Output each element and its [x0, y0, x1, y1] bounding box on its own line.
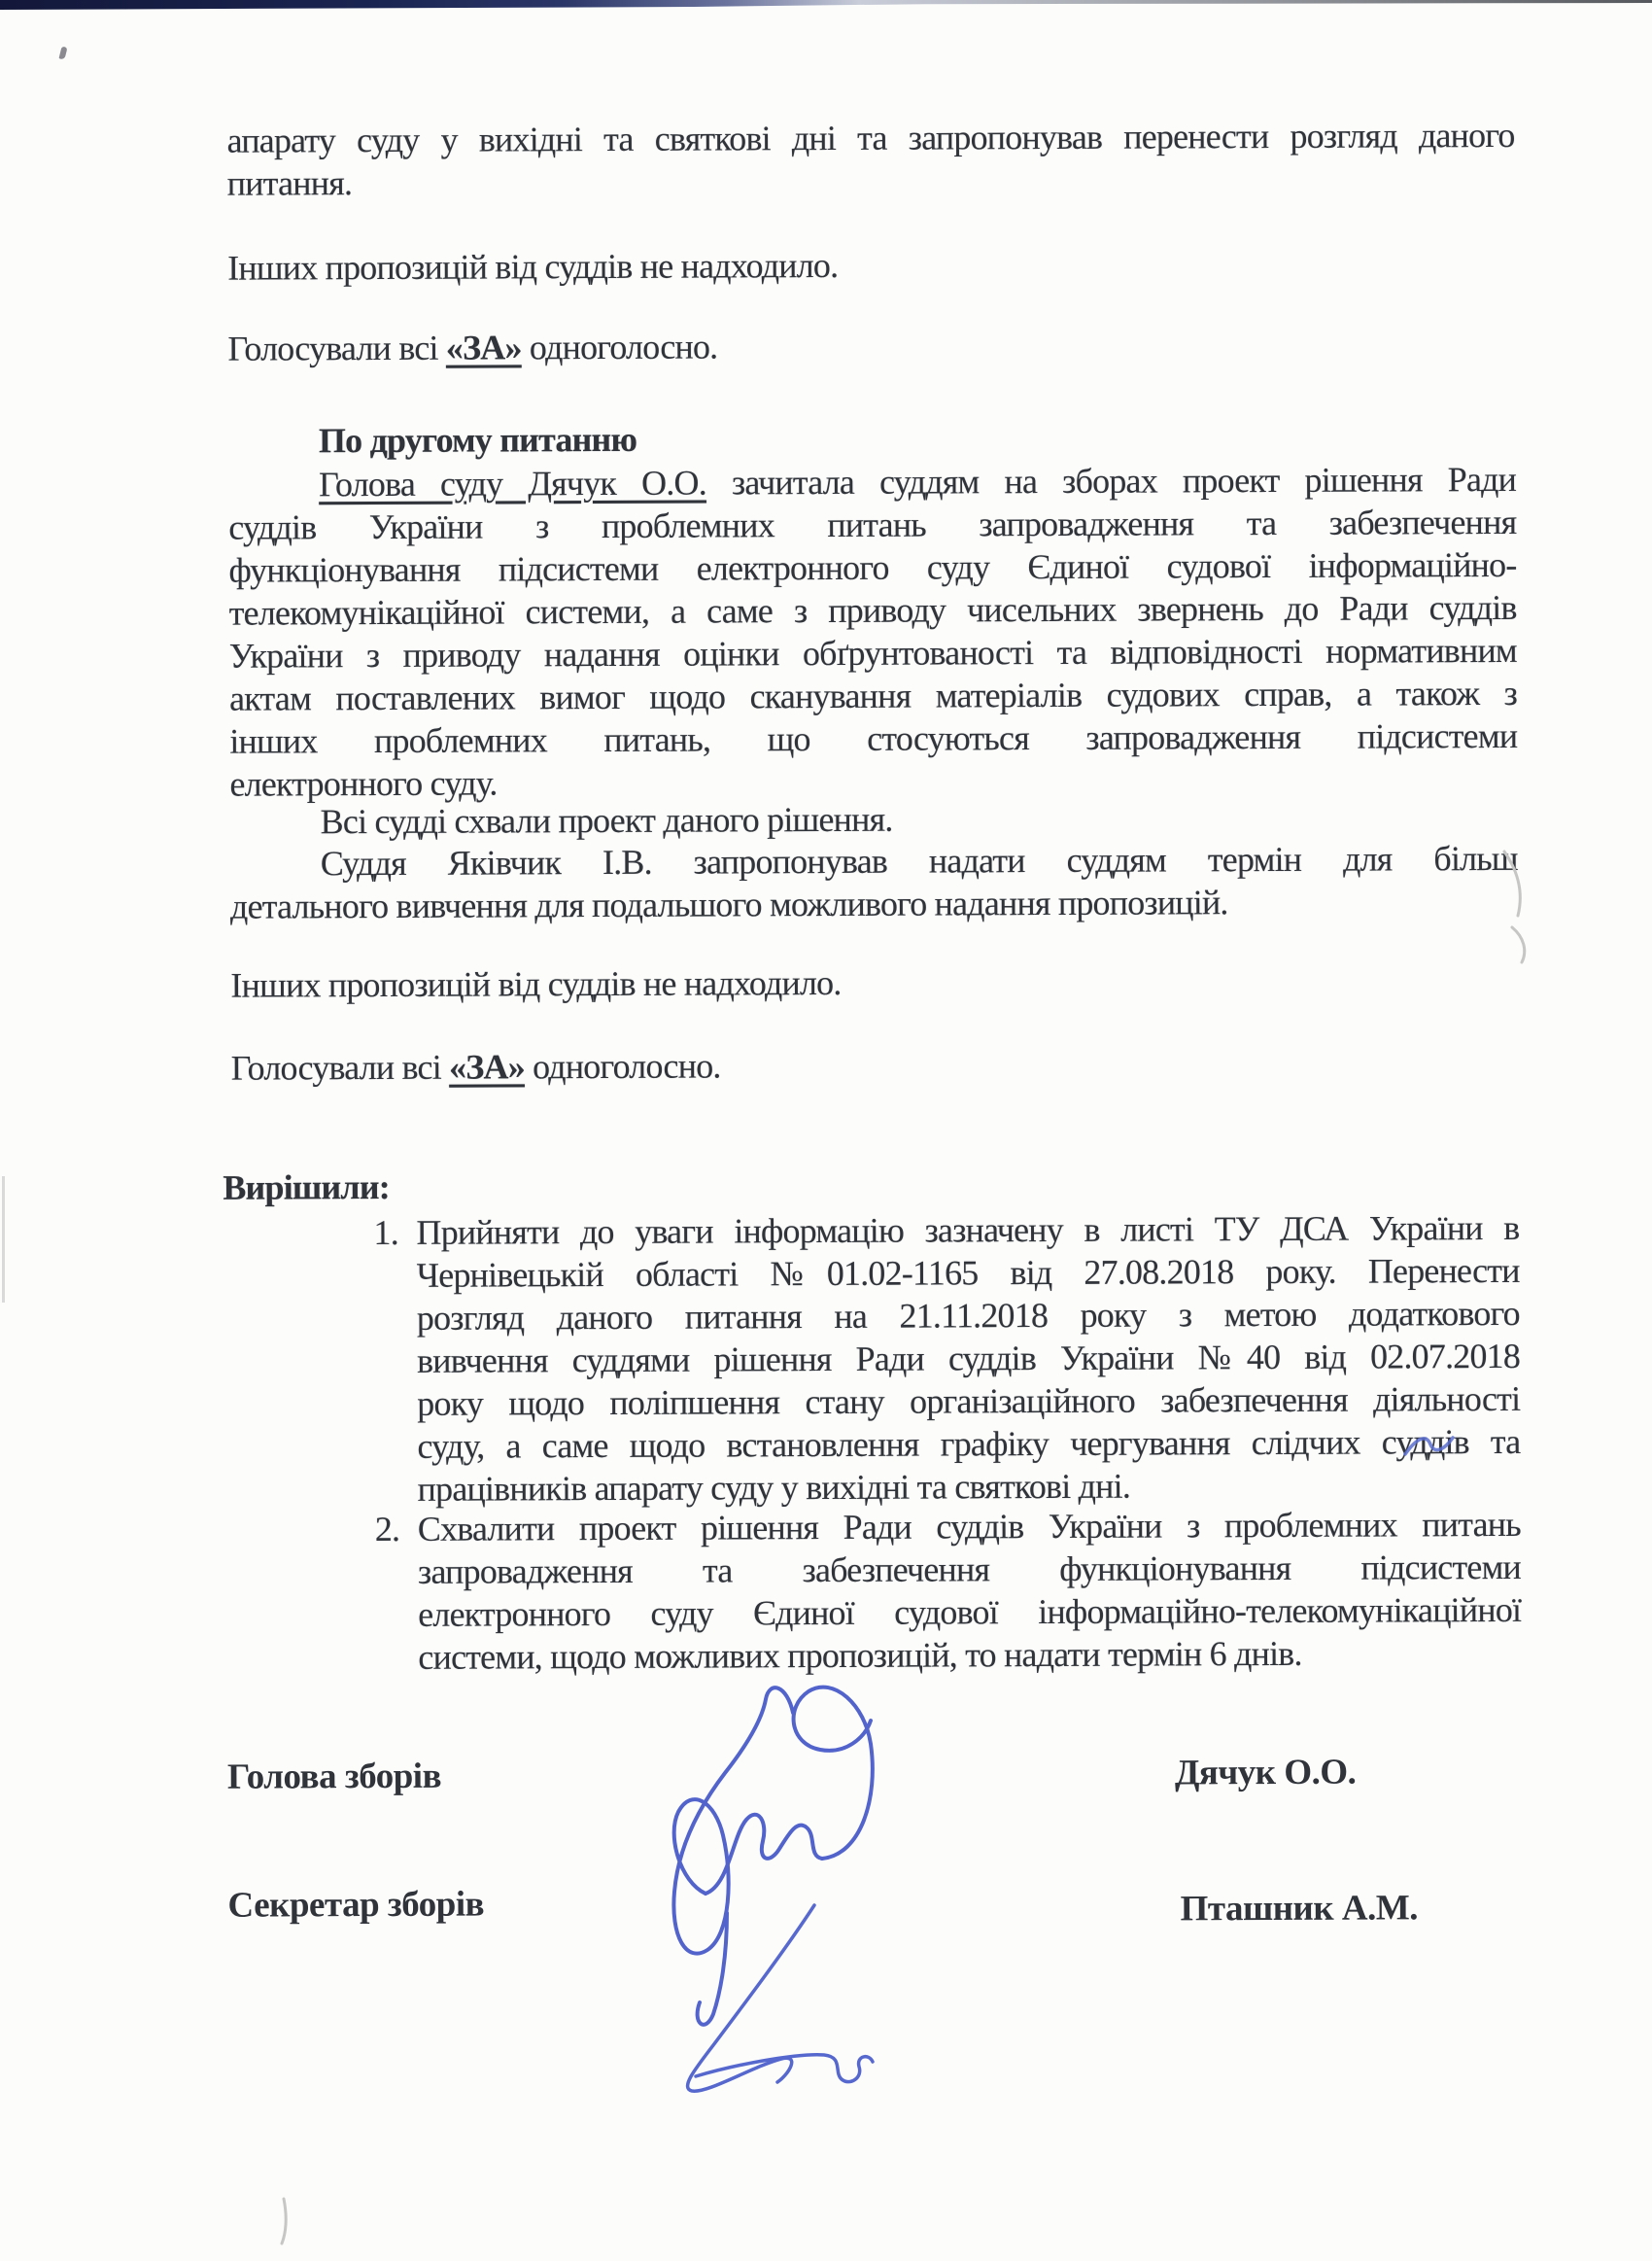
- paragraph-question-2: Голова суду Дячук О.О. зачитала суддям н…: [228, 458, 1518, 806]
- text-line: вивчення суддями рішення Ради суддів Укр…: [417, 1335, 1520, 1382]
- list-number-1: 1.: [373, 1211, 398, 1254]
- text-line: Голова суду Дячук О.О. зачитала суддям н…: [228, 458, 1516, 506]
- text-line: Прийняти до уваги інформацію зазначену в…: [416, 1206, 1519, 1254]
- paragraph-judge-proposal: Суддя Яківчик І.В. запропонував надати с…: [230, 837, 1518, 928]
- speaker-name-underlined: Голова суду Дячук О.О.: [319, 464, 706, 504]
- text-line: суду, а саме щодо встановлення графіку ч…: [417, 1420, 1520, 1468]
- text-line: системи, щодо можливих пропозицій, то на…: [418, 1631, 1521, 1679]
- text-line: інших проблемних питань, що стосуються з…: [229, 714, 1517, 763]
- vote-result-line-2: Голосували всі «ЗА» одноголосно.: [231, 1044, 721, 1089]
- list-number-2: 2.: [375, 1508, 400, 1550]
- vote-emphasis-za: «ЗА»: [446, 328, 522, 366]
- vote-emphasis-za: «ЗА»: [449, 1047, 525, 1086]
- decision-heading: Вирішили:: [223, 1165, 390, 1209]
- signatory-name-head: Дячук О.О.: [1175, 1752, 1357, 1794]
- vote-text-prefix: Голосували всі: [231, 1048, 450, 1088]
- no-proposals-line-1: Інших пропозицій від суддів не надходило…: [227, 244, 838, 290]
- text-line: Схвалити проект рішення Ради суддів Укра…: [418, 1503, 1521, 1550]
- text-run: зачитала суддям на зборах проект рішення…: [706, 460, 1516, 503]
- text-line: питання.: [227, 157, 1515, 205]
- text-line: Суддя Яківчик І.В. запропонував надати с…: [230, 837, 1518, 886]
- section-heading-question-2: По другому питанню: [319, 418, 637, 462]
- text-line: запровадження та забезпечення функціонув…: [418, 1546, 1521, 1593]
- vote-text-prefix: Голосували всі: [227, 329, 446, 368]
- text-line: детального вивчення для подальшого можли…: [230, 880, 1518, 928]
- vote-text-suffix: одноголосно.: [525, 1046, 721, 1086]
- text-line: електронного суду Єдиної судової інформа…: [418, 1588, 1521, 1636]
- text-line: України з приводу надання оцінки обґрунт…: [229, 629, 1517, 678]
- signatory-name-secretary: Пташник А.М.: [1180, 1887, 1418, 1930]
- text-line: апарату суду у вихідні та святкові дні т…: [226, 114, 1514, 162]
- vote-result-line-1: Голосували всі «ЗА» одноголосно.: [227, 325, 717, 369]
- text-line: телекомунікаційної системи, а саме з при…: [229, 586, 1517, 635]
- paragraph-carryover: апарату суду у вихідні та святкові дні т…: [226, 114, 1514, 205]
- text-line: розгляд даного питання на 21.11.2018 рок…: [417, 1292, 1520, 1339]
- decision-item-2: Схвалити проект рішення Ради суддів Укра…: [418, 1503, 1522, 1679]
- vote-text-suffix: одноголосно.: [522, 327, 718, 366]
- text-line: актам поставлених вимог щодо сканування …: [229, 672, 1517, 720]
- no-proposals-line-2: Інших пропозицій від суддів не надходило…: [230, 961, 841, 1007]
- text-line: року щодо поліпшення стану організаційно…: [417, 1377, 1520, 1425]
- signature-label-head: Голова зборів: [227, 1756, 441, 1798]
- scanned-document-page: апарату суду у вихідні та святкові дні т…: [0, 0, 1652, 2261]
- decision-item-1: Прийняти до уваги інформацію зазначену в…: [416, 1206, 1520, 1511]
- signature-label-secretary: Секретар зборів: [227, 1884, 484, 1927]
- document-body: апарату суду у вихідні та святкові дні т…: [0, 0, 1652, 2261]
- text-line: функціонування підсистеми електронного с…: [228, 543, 1516, 592]
- text-line: Чернівецькій області №01.02-1165 від 27.…: [417, 1249, 1520, 1297]
- text-line: суддів України з проблемних питань запро…: [228, 501, 1516, 549]
- approval-line: Всі судді схвали проект даного рішення.: [321, 798, 893, 844]
